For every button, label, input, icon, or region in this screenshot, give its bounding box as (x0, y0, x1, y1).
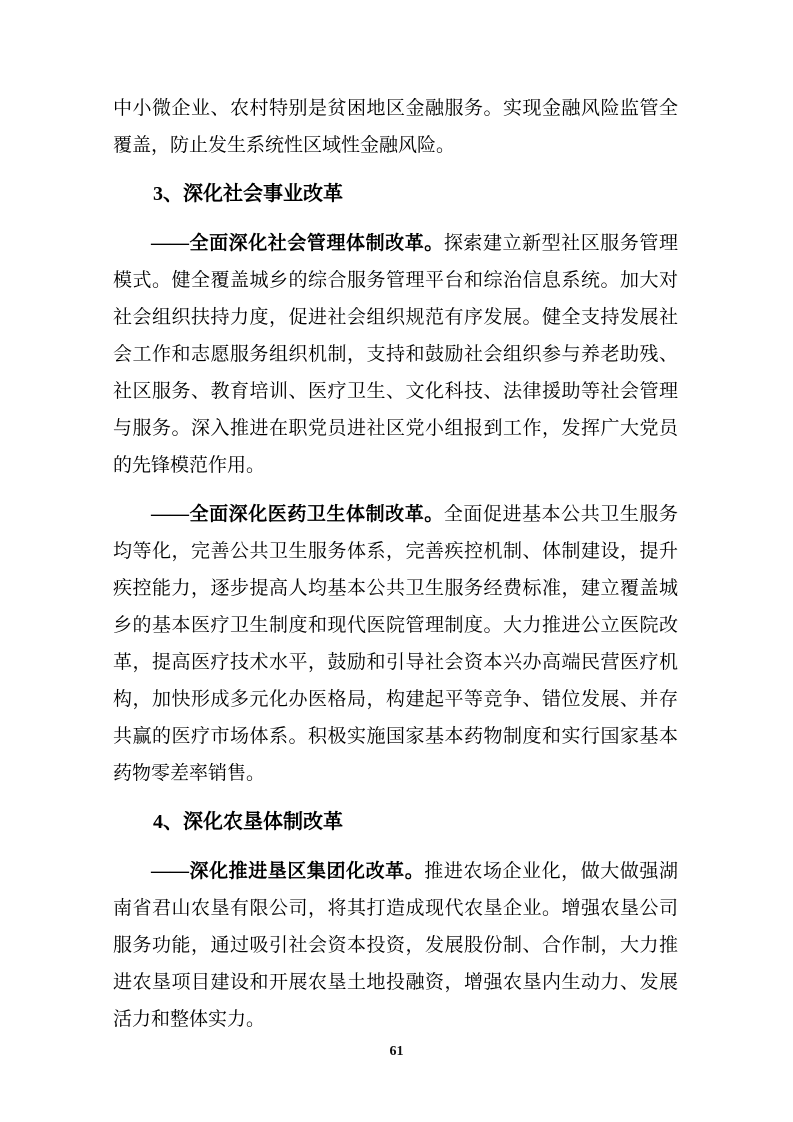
text-line: ——全面深化医药卫生体制改革。全面促进基本公共卫生服务 (113, 496, 678, 533)
paragraph: ——深化推进垦区集团化改革。推进农场企业化，做大做强湖南省君山农垦有限公司，将其… (113, 853, 678, 1038)
text-line: 共赢的医疗市场体系。积极实施国家基本药物制度和实行国家基本 (113, 718, 678, 755)
text-line: 社会组织扶持力度，促进社会组织规范有序发展。健全支持发展社 (113, 299, 678, 336)
text-line: 中小微企业、农村特别是贫困地区金融服务。实现金融风险监管全 (113, 90, 678, 127)
section-heading: 3、深化社会事业改革 (113, 176, 678, 213)
paragraph: ——全面深化医药卫生体制改革。全面促进基本公共卫生服务均等化，完善公共卫生服务体… (113, 496, 678, 792)
text-line: 活力和整体实力。 (113, 1001, 678, 1038)
text-line: 均等化，完善公共卫生服务体系，完善疾控机制、体制建设，提升 (113, 533, 678, 570)
text-line: 南省君山农垦有限公司，将其打造成现代农垦企业。增强农垦公司 (113, 890, 678, 927)
text-line: 会工作和志愿服务组织机制，支持和鼓励社会组织参与养老助残、 (113, 336, 678, 373)
text-line: 服务功能，通过吸引社会资本投资，发展股份制、合作制，大力推 (113, 927, 678, 964)
document-page: 中小微企业、农村特别是贫困地区金融服务。实现金融风险监管全覆盖，防止发生系统性区… (0, 0, 793, 1122)
bold-lead-in: ——深化推进垦区集团化改革。 (151, 861, 424, 882)
document-content: 中小微企业、农村特别是贫困地区金融服务。实现金融风险监管全覆盖，防止发生系统性区… (113, 90, 678, 1050)
text-line: 药物零差率销售。 (113, 755, 678, 792)
text-line: 乡的基本医疗卫生制度和现代医院管理制度。大力推进公立医院改 (113, 607, 678, 644)
text-line: 疾控能力，逐步提高人均基本公共卫生服务经费标准，建立覆盖城 (113, 570, 678, 607)
text-line: 进农垦项目建设和开展农垦土地投融资，增强农垦内生动力、发展 (113, 964, 678, 1001)
bold-lead-in: ——全面深化医药卫生体制改革。 (151, 504, 444, 525)
text-line: 革，提高医疗技术水平，鼓励和引导社会资本兴办高端民营医疗机 (113, 644, 678, 681)
paragraph: ——全面深化社会管理体制改革。探索建立新型社区服务管理模式。健全覆盖城乡的综合服… (113, 225, 678, 484)
text-line: ——深化推进垦区集团化改革。推进农场企业化，做大做强湖 (113, 853, 678, 890)
page-number: 61 (390, 1044, 404, 1059)
text-line: 构，加快形成多元化办医格局，构建起平等竞争、错位发展、并存 (113, 681, 678, 718)
text-line: ——全面深化社会管理体制改革。探索建立新型社区服务管理 (113, 225, 678, 262)
text-line: 模式。健全覆盖城乡的综合服务管理平台和综治信息系统。加大对 (113, 262, 678, 299)
text-line: 的先锋模范作用。 (113, 447, 678, 484)
page-footer: 61 (0, 1042, 793, 1062)
text-line: 社区服务、教育培训、医疗卫生、文化科技、法律援助等社会管理 (113, 373, 678, 410)
section-heading: 4、深化农垦体制改革 (113, 804, 678, 841)
text-line: 与服务。深入推进在职党员进社区党小组报到工作，发挥广大党员 (113, 410, 678, 447)
text-line: 覆盖，防止发生系统性区域性金融风险。 (113, 127, 678, 164)
bold-lead-in: ——全面深化社会管理体制改革。 (151, 233, 444, 254)
paragraph: 中小微企业、农村特别是贫困地区金融服务。实现金融风险监管全覆盖，防止发生系统性区… (113, 90, 678, 164)
